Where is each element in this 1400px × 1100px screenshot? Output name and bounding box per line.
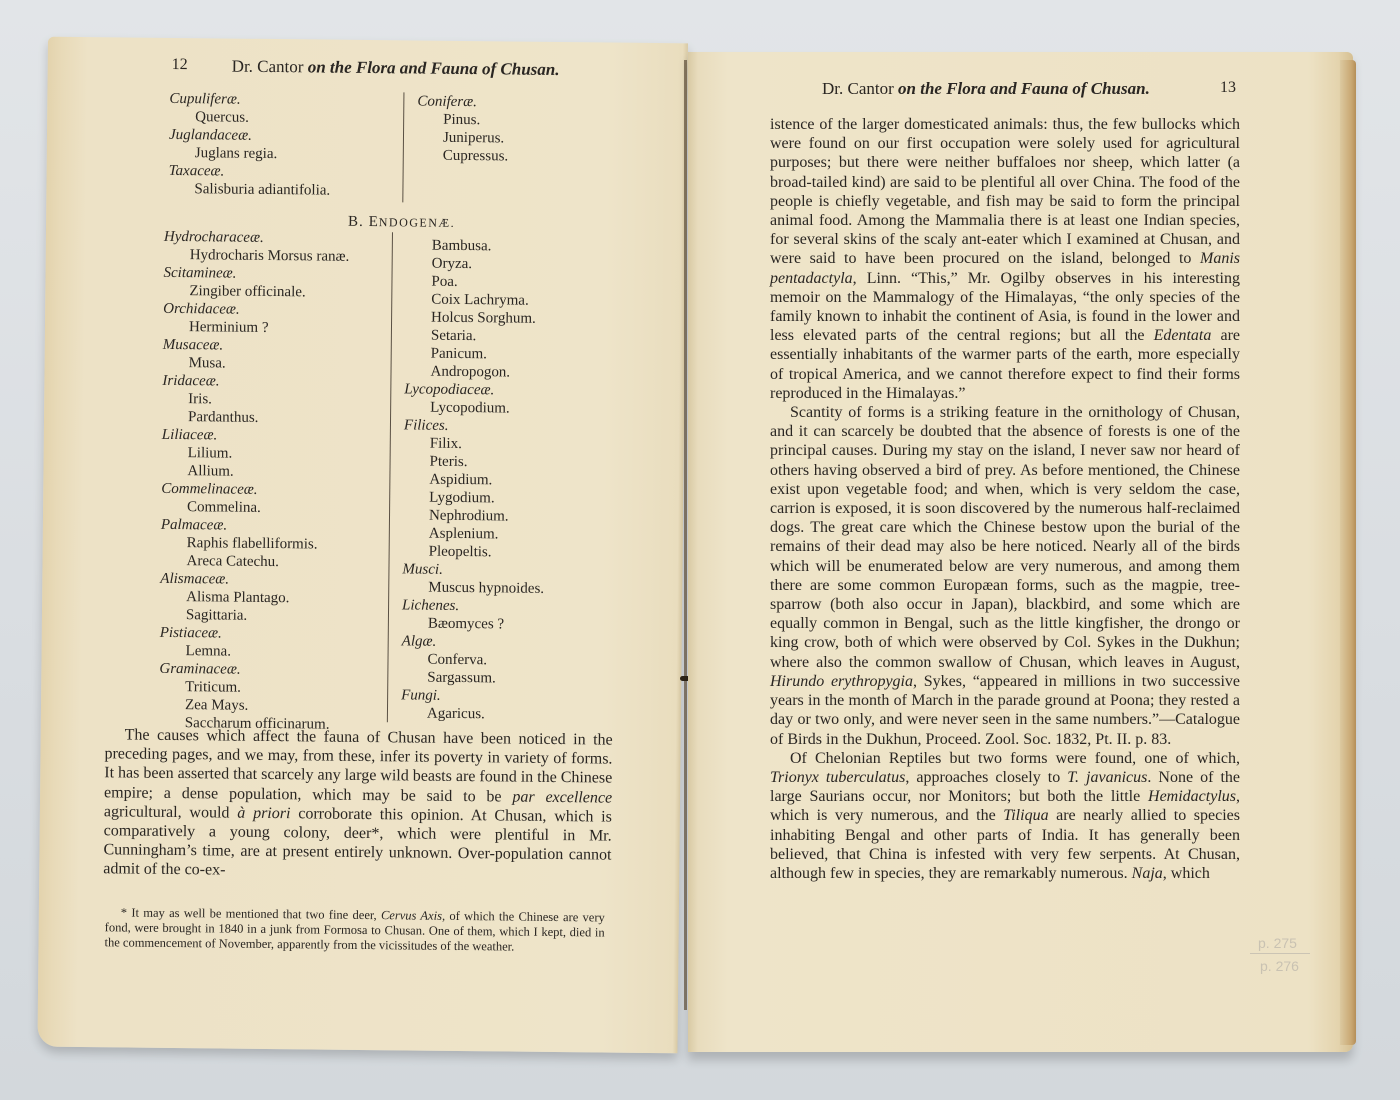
genus-name: Conferva. xyxy=(401,650,543,669)
pencil-note: p. 275 xyxy=(1258,935,1297,951)
body-paragraph: The causes which affect the fauna of Chu… xyxy=(103,725,613,884)
running-head-title: on the Flora and Fauna of Chusan. xyxy=(308,57,560,79)
genus-name: Nephrodium. xyxy=(403,506,545,525)
genus-name: Herminium ? xyxy=(163,318,349,338)
running-head: Dr. Cantor on the Flora and Fauna of Chu… xyxy=(232,57,560,80)
family-name: Hydrocharaceæ. xyxy=(164,228,350,248)
running-head-author: Dr. Cantor xyxy=(822,79,894,98)
genus-name: Oryza. xyxy=(406,254,548,273)
genus-name: Sagittaria. xyxy=(160,606,346,626)
genus-name: Holcus Sorghum. xyxy=(405,308,547,327)
genus-name: Andropogon. xyxy=(404,362,546,381)
family-name: Palmaceæ. xyxy=(161,516,347,536)
running-head: Dr. Cantor on the Flora and Fauna of Chu… xyxy=(822,79,1150,99)
page-number: 12 xyxy=(172,56,188,74)
family-name: Liliaceæ. xyxy=(162,426,348,446)
genus-name: Cupressus. xyxy=(417,147,509,166)
page-number: 13 xyxy=(1220,79,1236,97)
list-column-left-top: Cupuliferæ.Quercus.Juglandaceæ.Juglans r… xyxy=(168,90,331,200)
genus-name: Raphis flabelliformis. xyxy=(161,534,347,554)
genus-name: Quercus. xyxy=(169,108,331,128)
paragraph: Scantity of forms is a striking feature … xyxy=(770,403,1240,749)
family-name: Lichenes. xyxy=(402,596,544,615)
family-name: Scitamineæ. xyxy=(163,264,349,284)
open-book: 12 Dr. Cantor on the Flora and Fauna of … xyxy=(0,0,1400,1100)
family-name: Graminaceæ. xyxy=(159,660,345,680)
family-name: Orchidaceæ. xyxy=(163,300,349,320)
genus-name: Lilium. xyxy=(162,444,348,464)
running-head-author: Dr. Cantor xyxy=(232,57,304,77)
family-name: Taxaceæ. xyxy=(169,162,331,182)
footnote: * It may as well be mentioned that two f… xyxy=(104,905,604,955)
family-name: Juglandaceæ. xyxy=(169,126,331,146)
genus-name: Asplenium. xyxy=(403,524,545,543)
genus-name: Lycopodium. xyxy=(404,398,546,417)
genus-name: Areca Catechu. xyxy=(160,552,346,572)
pencil-note: p. 276 xyxy=(1260,958,1299,974)
family-name: Cupuliferæ. xyxy=(169,90,331,110)
genus-name: Alisma Plantago. xyxy=(160,588,346,608)
paragraph: Of Chelonian Reptiles but two forms were… xyxy=(770,749,1240,883)
family-name: Filices. xyxy=(404,416,546,435)
genus-name: Pleopeltis. xyxy=(403,542,545,561)
right-page-edge xyxy=(1340,60,1356,1045)
family-name: Musci. xyxy=(402,560,544,579)
genus-name: Coix Lachryma. xyxy=(405,290,547,309)
genus-name: Pardanthus. xyxy=(162,408,348,428)
body-text: istence of the larger domesticated anima… xyxy=(770,115,1240,883)
genus-name: Juniperus. xyxy=(417,129,509,148)
list-column-right-top: Coniferæ.Pinus.Juniperus.Cupressus. xyxy=(417,93,509,166)
family-name: Pistiaceæ. xyxy=(160,624,346,644)
genus-name: Agaricus. xyxy=(401,704,543,723)
genus-name: Setaria. xyxy=(405,326,547,345)
genus-name: Allium. xyxy=(161,462,347,482)
family-name: Algæ. xyxy=(402,632,544,651)
genus-name: Aspidium. xyxy=(403,470,545,489)
genus-name: Pinus. xyxy=(417,111,509,130)
family-name: Fungi. xyxy=(401,686,543,705)
running-head-title: on the Flora and Fauna of Chusan. xyxy=(898,79,1150,98)
section-heading: B. ENDOGENÆ. xyxy=(348,214,455,232)
family-name: Coniferæ. xyxy=(417,93,509,112)
pencil-rule xyxy=(1250,953,1310,954)
gutter xyxy=(684,60,687,1010)
genus-name: Poa. xyxy=(405,272,547,291)
family-name: Lycopodiaceæ. xyxy=(404,380,546,399)
genus-name: Commelina. xyxy=(161,498,347,518)
right-page: Dr. Cantor on the Flora and Fauna of Chu… xyxy=(688,52,1353,1052)
genus-name: Bæomyces ? xyxy=(402,614,544,633)
genus-name: Juglans regia. xyxy=(169,144,331,164)
genus-name: Filix. xyxy=(404,434,546,453)
genus-name: Muscus hypnoides. xyxy=(402,578,544,597)
family-name: Commelinaceæ. xyxy=(161,480,347,500)
paragraph: istence of the larger domesticated anima… xyxy=(770,115,1240,403)
genus-name: Zingiber officinale. xyxy=(163,282,349,302)
genus-name: Triticum. xyxy=(159,678,345,698)
left-page: 12 Dr. Cantor on the Flora and Fauna of … xyxy=(37,37,688,1054)
family-name: Alismaceæ. xyxy=(160,570,346,590)
genus-name: Hydrocharis Morsus ranæ. xyxy=(164,246,350,266)
genus-name: Zea Mays. xyxy=(159,696,345,716)
list-column-left-main: Hydrocharaceæ.Hydrocharis Morsus ranæ.Sc… xyxy=(159,228,350,734)
genus-name: Lygodium. xyxy=(403,488,545,507)
family-name: Musaceæ. xyxy=(163,336,349,356)
column-divider xyxy=(402,92,404,202)
genus-name: Musa. xyxy=(163,354,349,374)
family-name: Iridaceæ. xyxy=(162,372,348,392)
genus-name: Bambusa. xyxy=(406,236,548,255)
genus-name: Panicum. xyxy=(405,344,547,363)
list-column-right-main: Bambusa.Oryza.Poa.Coix Lachryma.Holcus S… xyxy=(401,236,548,723)
genus-name: Pteris. xyxy=(403,452,545,471)
genus-name: Iris. xyxy=(162,390,348,410)
genus-name: Salisburia adiantifolia. xyxy=(168,180,330,200)
genus-name: Lemna. xyxy=(159,642,345,662)
column-divider xyxy=(387,232,393,722)
genus-name: Sargassum. xyxy=(401,668,543,687)
